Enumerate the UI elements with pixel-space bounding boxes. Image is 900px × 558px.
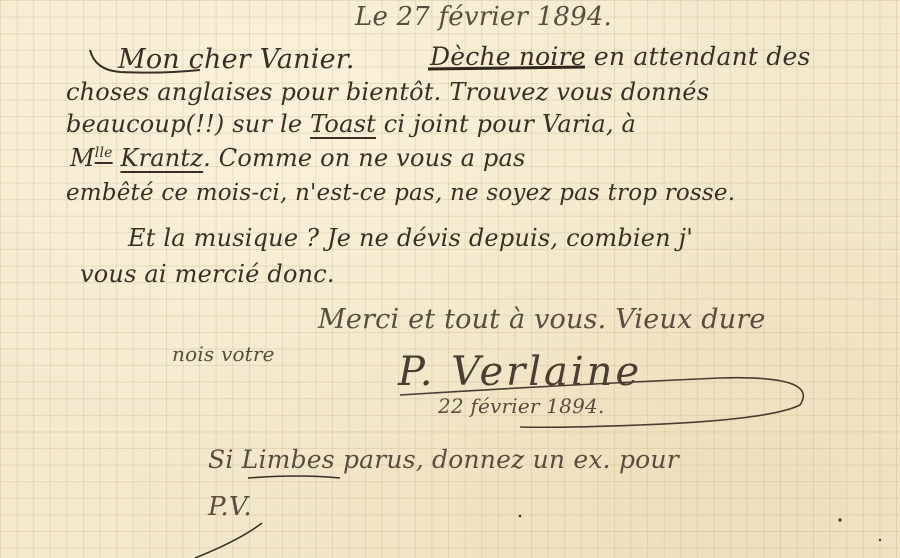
paragraph-2-line-1: Et la musique ? Je ne dévis depuis, comb… — [128, 226, 693, 250]
body-line-4-pre: M — [70, 144, 95, 172]
underlined-limbes: Limbes — [242, 445, 335, 474]
paragraph-2-line-2: vous ai mercié donc. — [80, 262, 335, 286]
closing-line: Merci et tout à vous. Vieux dure — [318, 306, 766, 333]
body-line-1: Dèche noire en attendant des — [430, 44, 811, 69]
initials: P.V. — [208, 494, 252, 520]
underlined-krantz: Krantz — [120, 144, 203, 172]
signature-date: 22 février 1894. — [438, 396, 605, 416]
underlined-deche-noire: Dèche noire — [430, 42, 586, 71]
body-line-1-post: en attendant des — [586, 42, 811, 71]
postscript: Si Limbes parus, donnez un ex. pour — [208, 447, 679, 472]
letter-page: Le 27 février 1894. Mon cher Vanier. Dèc… — [0, 0, 900, 558]
body-line-3: beaucoup(!!) sur le Toast ci joint pour … — [66, 112, 636, 136]
body-line-5: embêté ce mois-ci, n'est-ce pas, ne soye… — [66, 182, 735, 205]
postscript-pre: Si — [208, 445, 242, 474]
body-line-2: choses anglaises pour bientôt. Trouvez v… — [66, 80, 709, 104]
body-line-4: Mlle Krantz. Comme on ne vous a pas — [70, 146, 526, 170]
salutation: Mon cher Vanier. — [118, 46, 355, 73]
signature: P. Verlaine — [398, 352, 642, 392]
body-line-3-pre: beaucoup(!!) sur le — [66, 110, 310, 138]
body-line-4-post: . Comme on ne vous a pas — [203, 144, 525, 172]
closing-prefix: nois votre — [172, 344, 275, 364]
underlined-toast: Toast — [310, 110, 376, 138]
body-line-2-text: choses anglaises pour bientôt. Trouvez v… — [66, 78, 709, 106]
body-line-5-text: embêté ce mois-ci, n'est-ce pas, ne soye… — [66, 180, 735, 206]
dateline: Le 27 février 1894. — [355, 4, 612, 30]
body-line-4-sup: lle — [95, 145, 113, 161]
body-line-3-post: ci joint pour Varia, à — [376, 110, 636, 138]
postscript-post: parus, donnez un ex. pour — [335, 445, 679, 474]
